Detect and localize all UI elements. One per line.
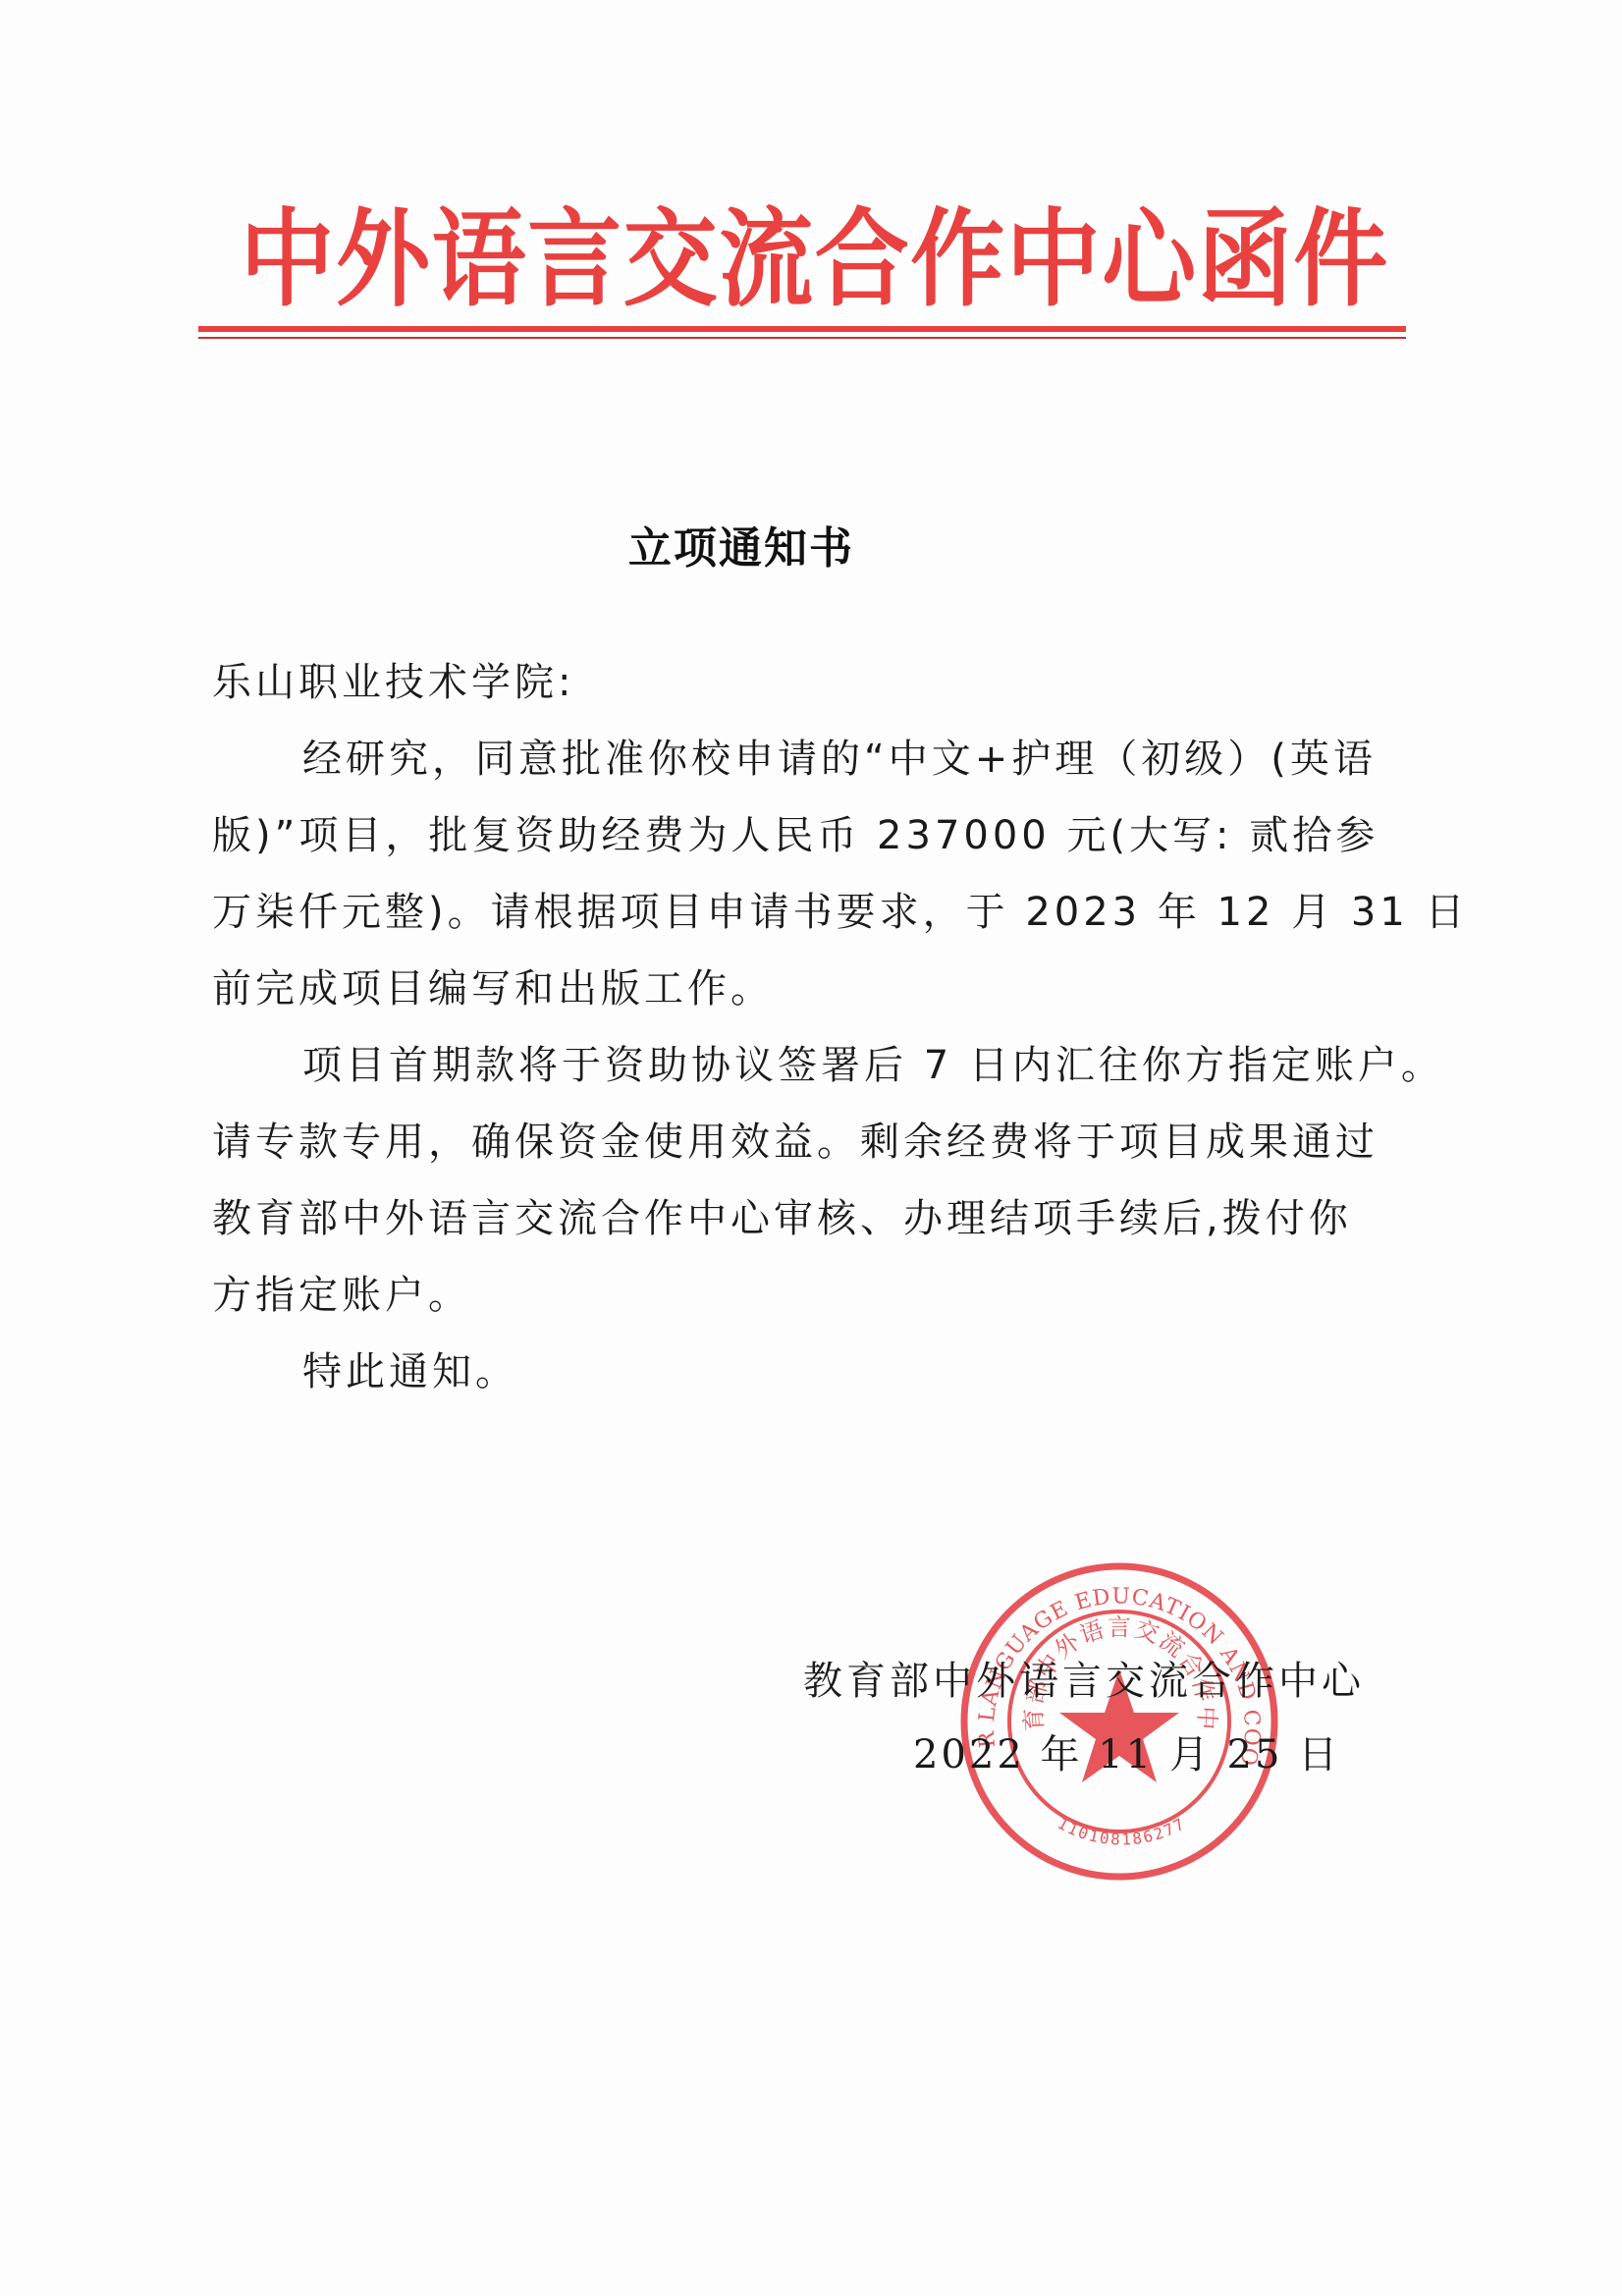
- letterhead-char: 外: [336, 206, 431, 312]
- paragraph-line: 经研究，同意批准你校申请的“中文+护理（初级）(英语: [212, 721, 1390, 797]
- letterhead-char: 心: [1102, 206, 1197, 312]
- paragraph-line: 方指定账户。: [212, 1257, 1390, 1334]
- paragraph-line: 特此通知。: [212, 1334, 1390, 1410]
- letterhead-char: 交: [622, 206, 718, 312]
- letterhead-rule-thick: [198, 326, 1406, 332]
- paragraph-line: 版)”项目，批复资助经费为人民币 237000 元(大写: 贰拾参: [212, 797, 1390, 874]
- paragraph-closing: 特此通知。: [212, 1334, 1390, 1410]
- letterhead-char: 语: [431, 206, 526, 312]
- letterhead-char: 合: [814, 206, 909, 312]
- letterhead-char: 中: [1005, 206, 1101, 312]
- letterhead-char: 流: [719, 206, 814, 312]
- document-title: 立项通知书: [628, 513, 854, 575]
- letterhead-char: 言: [527, 206, 622, 312]
- official-seal-icon: CENTER FOR LANGUAGE EDUCATION AND COOPER…: [957, 1559, 1281, 1884]
- letterhead-title: 中 外 语 言 交 流 合 作 中 心 函 件: [240, 194, 1388, 324]
- paragraph-line: 教育部中外语言交流合作中心审核、办理结项手续后,拨付你: [212, 1180, 1390, 1257]
- salutation: 乐山职业技术学院:: [212, 644, 1390, 721]
- paragraph-line: 请专款专用，确保资金使用效益。剩余经费将于项目成果通过: [212, 1104, 1390, 1180]
- letterhead-char: 件: [1293, 206, 1388, 312]
- paragraph-line: 项目首期款将于资助协议签署后 7 日内汇往你方指定账户。: [212, 1027, 1390, 1104]
- signature-date: 2022 年 11 月 25 日: [913, 1723, 1340, 1779]
- letterhead-char: 作: [910, 206, 1005, 312]
- signature-organization: 教育部中外语言交流合作中心: [803, 1650, 1365, 1706]
- letterhead-char: 中: [240, 206, 335, 312]
- document-body: 乐山职业技术学院: 经研究，同意批准你校申请的“中文+护理（初级）(英语 版)”…: [212, 644, 1390, 1410]
- paragraph-line: 前完成项目编写和出版工作。: [212, 951, 1390, 1027]
- document-page: 中 外 语 言 交 流 合 作 中 心 函 件 立项通知书 乐山职业技术学院: …: [0, 0, 1622, 2296]
- paragraph-line: 万柒仟元整)。请根据项目申请书要求，于 2023 年 12 月 31 日: [212, 874, 1390, 951]
- letterhead-char: 函: [1197, 206, 1292, 312]
- paragraph-payment: 项目首期款将于资助协议签署后 7 日内汇往你方指定账户。 请专款专用，确保资金使…: [212, 1027, 1390, 1334]
- paragraph-approval: 经研究，同意批准你校申请的“中文+护理（初级）(英语 版)”项目，批复资助经费为…: [212, 721, 1390, 1027]
- letterhead-rule-thin: [198, 337, 1406, 339]
